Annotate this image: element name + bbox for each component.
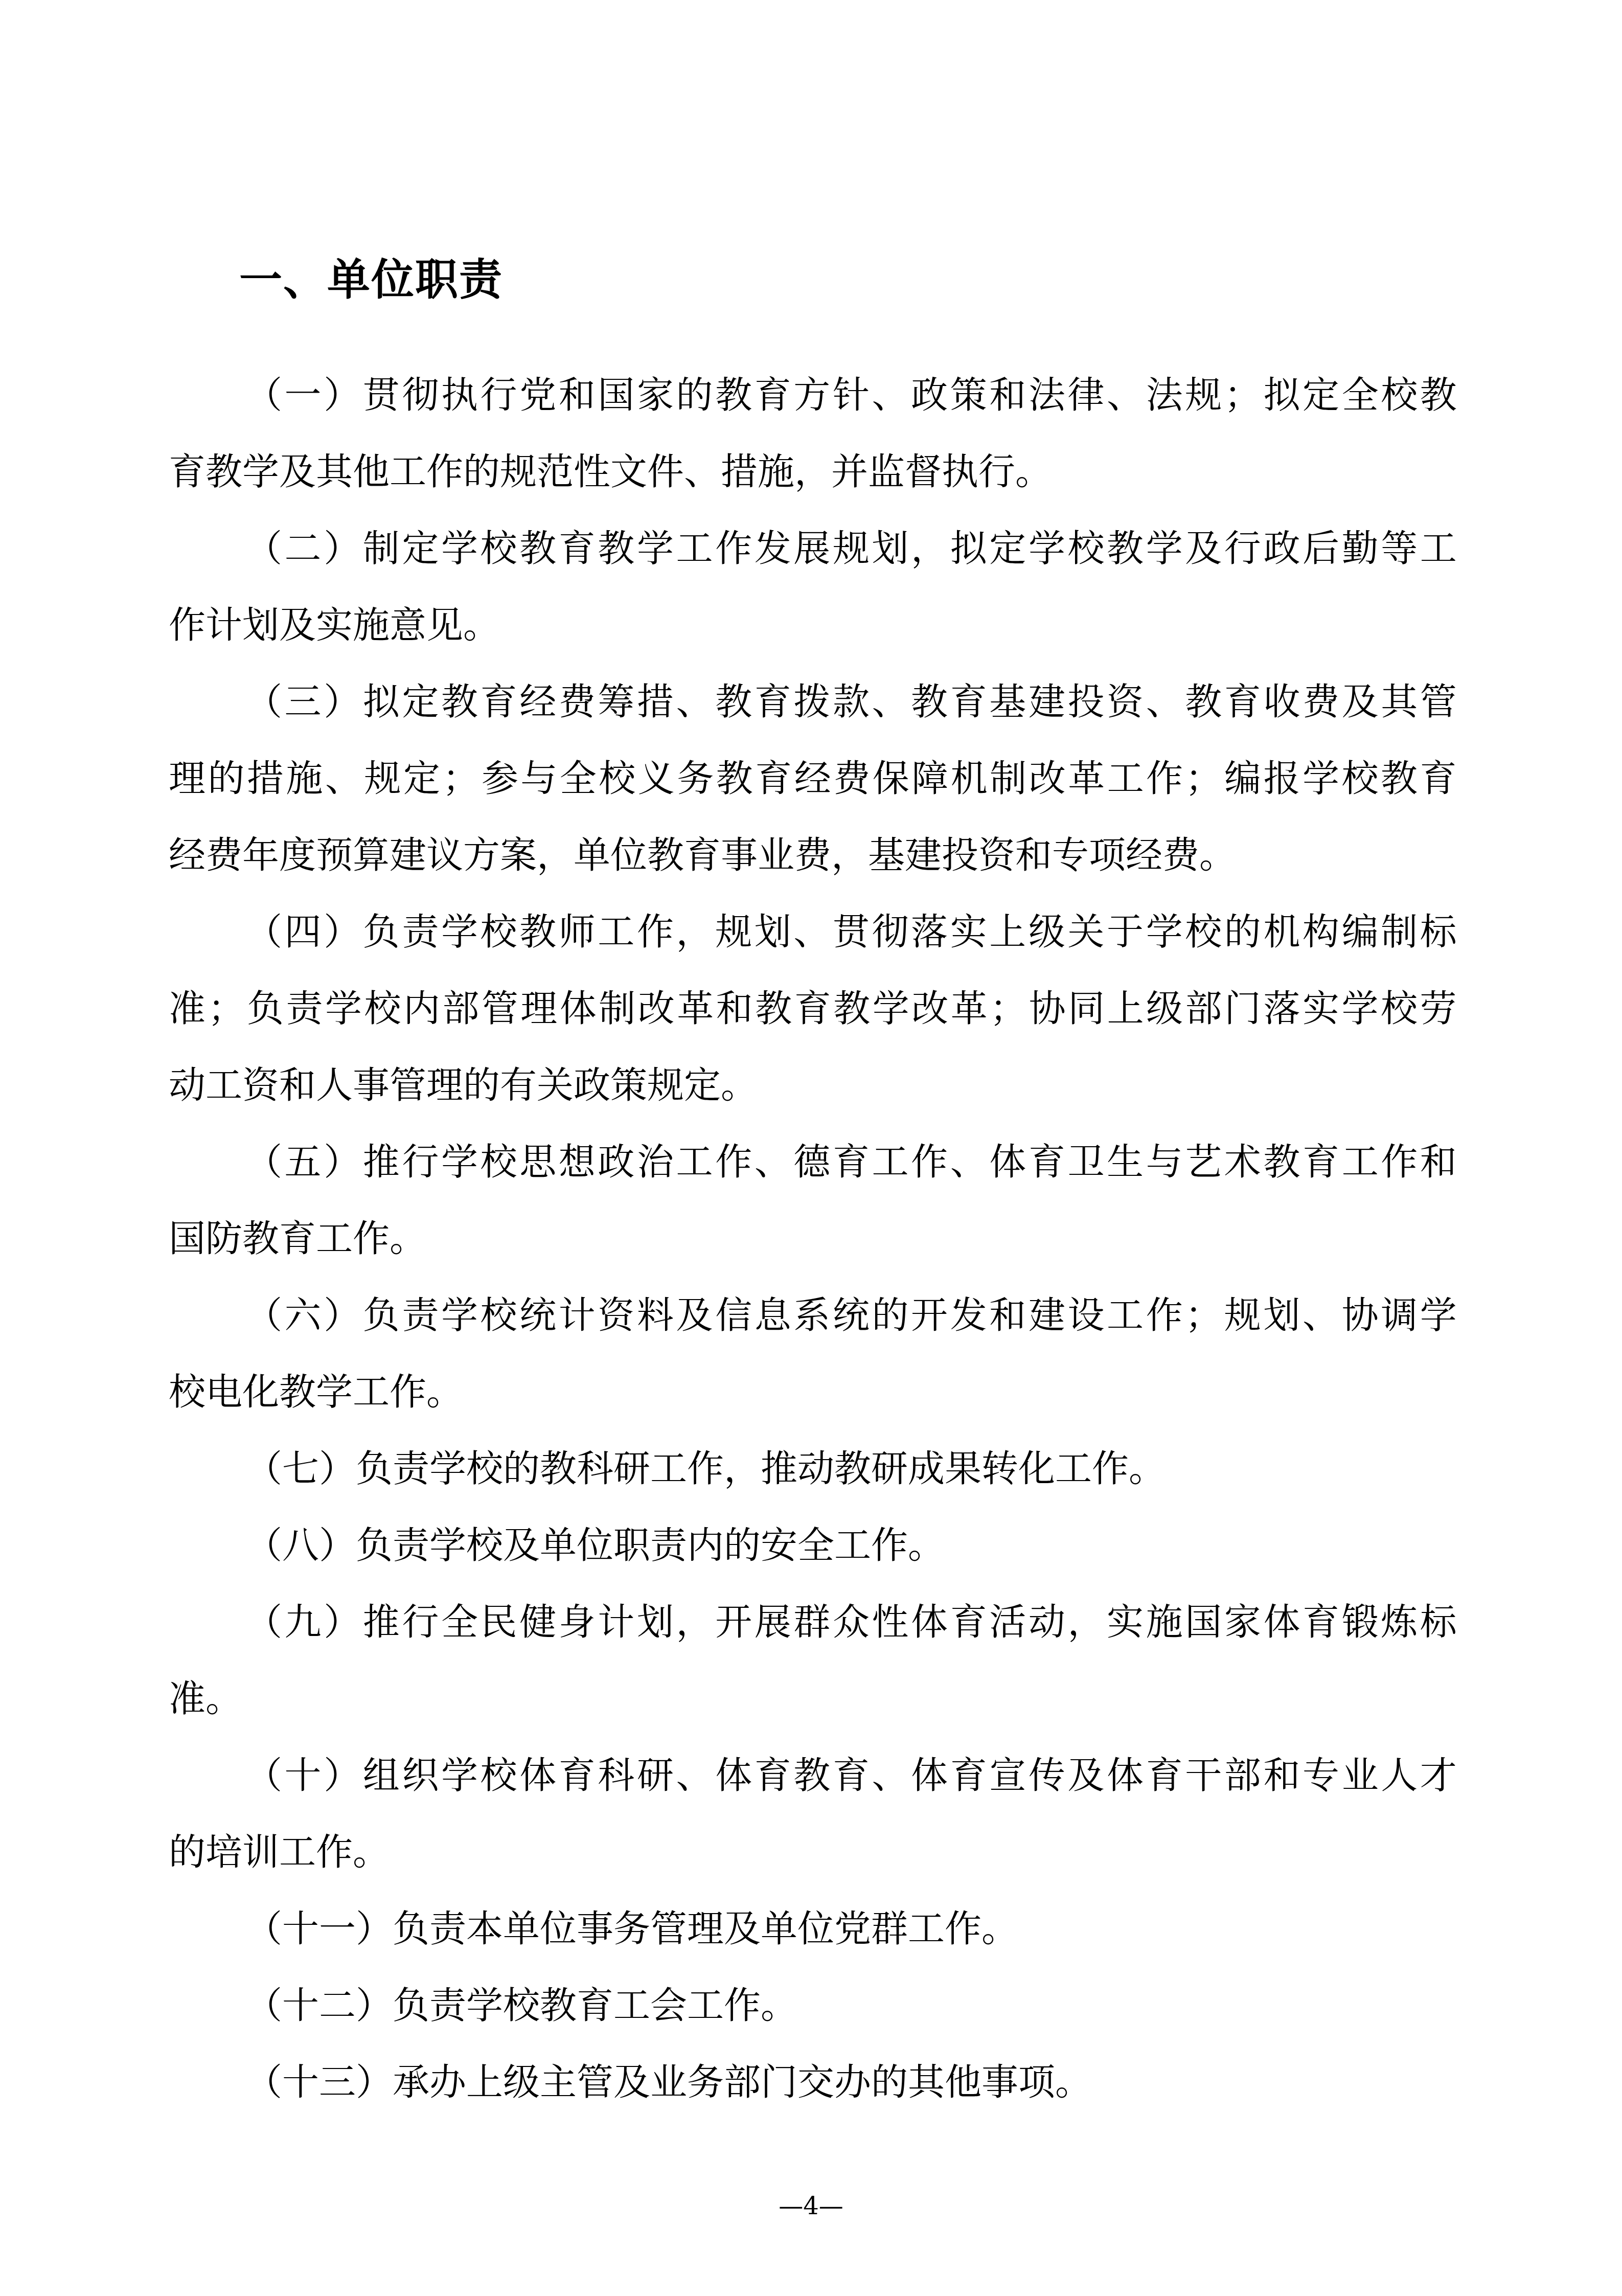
paragraph-9-line-2: 准。 [169,1673,1457,1724]
paragraph-1-line-2: 育教学及其他工作的规范性文件、措施，并监督执行。 [169,446,1457,497]
paragraph-3-line-2: 理的措施、规定；参与全校义务教育经费保障机制改革工作；编报学校教育 [169,753,1457,804]
paragraph-6-line-2: 校电化教学工作。 [169,1366,1457,1417]
paragraph-7-line-1: （七）负责学校的教科研工作，推动教研成果转化工作。 [245,1443,1457,1494]
paragraph-5-line-1: （五）推行学校思想政治工作、德育工作、体育卫生与艺术教育工作和 [245,1136,1457,1187]
paragraph-9-line-1: （九）推行全民健身计划，开展群众性体育活动，实施国家体育锻炼标 [245,1596,1457,1647]
paragraph-10-line-1: （十）组织学校体育科研、体育教育、体育宣传及体育干部和专业人才 [245,1749,1457,1801]
paragraph-12-line-1: （十二）负责学校教育工会工作。 [245,1980,1457,2031]
paragraph-13-line-1: （十三）承办上级主管及业务部门交办的其他事项。 [245,2056,1457,2107]
paragraph-5-line-2: 国防教育工作。 [169,1213,1457,1264]
paragraph-11-line-1: （十一）负责本单位事务管理及单位党群工作。 [245,1903,1457,1954]
paragraph-4-line-1: （四）负责学校教师工作，规划、贯彻落实上级关于学校的机构编制标 [245,906,1457,957]
paragraph-3-line-1: （三）拟定教育经费筹措、教育拨款、教育基建投资、教育收费及其管 [245,676,1457,727]
paragraph-4-line-2: 准；负责学校内部管理体制改革和教育教学改革；协同上级部门落实学校劳 [169,983,1457,1034]
paragraph-3-line-3: 经费年度预算建议方案，单位教育事业费，基建投资和专项经费。 [169,829,1457,880]
paragraph-2-line-2: 作计划及实施意见。 [169,599,1457,650]
document-page: 一、单位职责 （一）贯彻执行党和国家的教育方针、政策和法律、法规；拟定全校教 育… [0,0,1622,2296]
paragraph-8-line-1: （八）负责学校及单位职责内的安全工作。 [245,1519,1457,1571]
page-number: —4— [0,2191,1622,2221]
paragraph-4-line-3: 动工资和人事管理的有关政策规定。 [169,1059,1457,1110]
paragraph-6-line-1: （六）负责学校统计资料及信息系统的开发和建设工作；规划、协调学 [245,1289,1457,1340]
section-heading: 一、单位职责 [239,252,503,308]
paragraph-10-line-2: 的培训工作。 [169,1826,1457,1877]
paragraph-1-line-1: （一）贯彻执行党和国家的教育方针、政策和法律、法规；拟定全校教 [245,369,1457,420]
paragraph-2-line-1: （二）制定学校教育教学工作发展规划，拟定学校教学及行政后勤等工 [245,522,1457,574]
